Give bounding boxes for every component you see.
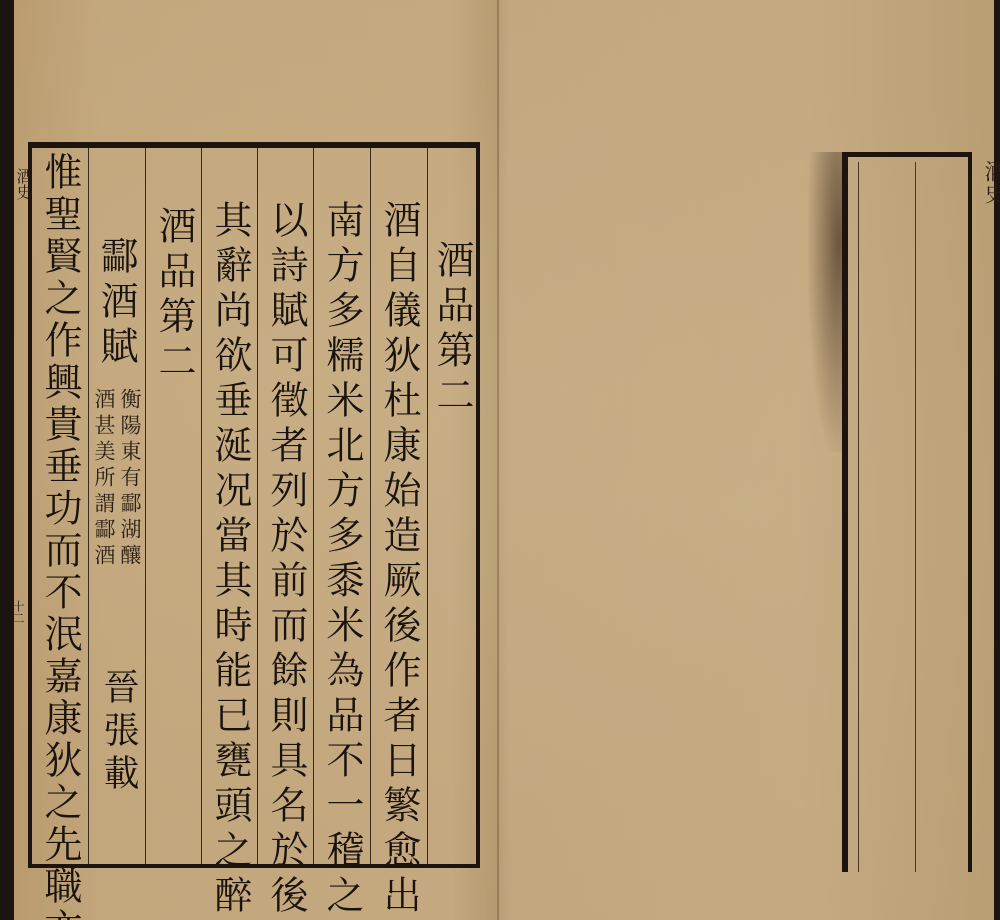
gutter-page-number: 十二	[10, 600, 27, 624]
body-column: 南方多糯米北方多黍米為品不一稽之往牒	[316, 200, 370, 864]
right-page-blank-frame	[842, 152, 972, 872]
annotation-right-line: 衡陽東有酃湖釀	[118, 388, 142, 570]
book-spread: 酒史 十二 酒品第二 酒自儀狄杜康始造厥後作者日繁愈出愈奇 南方多糯米北方多黍米…	[0, 0, 1000, 920]
body-column: 以詩賦可徵者列於前而餘則具名於後今讀	[260, 200, 314, 864]
body-column: 惟聖賢之作興貴垂功而不泯嘉康狄之先職亦	[36, 152, 88, 864]
ink-smudge	[808, 152, 846, 452]
section-heading: 酒品第二	[430, 240, 480, 864]
section-heading: 酒品第二	[148, 206, 202, 864]
left-page-text-block: 酒品第二 酒自儀狄杜康始造厥後作者日繁愈出愈奇 南方多糯米北方多黍米為品不一稽之…	[28, 142, 480, 868]
scan-edge-right	[994, 0, 1000, 920]
column-rule	[915, 162, 916, 872]
center-fold	[497, 0, 499, 920]
scan-edge-left	[0, 0, 14, 920]
body-column: 其辭尚欲垂涎况當其時能已甕頭之醉乎作	[204, 200, 258, 864]
body-column: 酒自儀狄杜康始造厥後作者日繁愈出愈奇	[373, 200, 427, 864]
piece-title: 酃酒賦	[92, 236, 144, 371]
author-name: 晉張載	[94, 668, 146, 797]
column-rule	[858, 162, 859, 872]
annotation-left-line: 酒甚美所謂酃酒	[92, 388, 116, 570]
right-edge-title-fragment: 酒史	[978, 160, 1000, 204]
